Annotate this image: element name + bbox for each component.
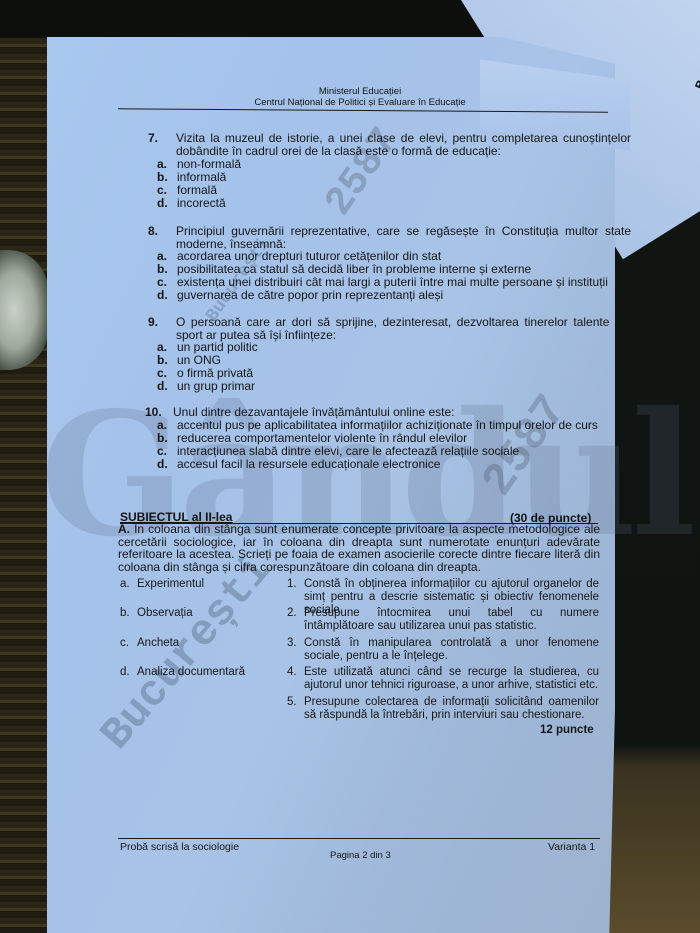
concept-b: b.Observația [120,607,193,619]
header-ministry: Ministerul Educației [120,86,600,97]
footer-divider [118,838,600,839]
question-stem: O persoană care ar dori să sprijine, dez… [176,316,631,342]
question-stem: Vizita la muzeul de istorie, a unei clas… [176,132,631,158]
section-intro: A. În coloana din stânga sunt enumerate … [118,523,600,573]
bench-background [0,38,50,933]
subtotal-points: 12 puncte [540,724,594,736]
option-d: d.accesul facil la resursele educațional… [157,458,440,471]
concept-a: a.Experimentul [120,578,204,590]
footer-variant: Varianta 1 [548,841,595,853]
footer-exam-name: Probă scrisă la sociologie [120,841,239,853]
question-number: 9. [148,316,158,329]
question-number: 8. [148,225,158,238]
concept-c: c.Ancheta [120,637,179,649]
header-center: Centrul Național de Politici și Evaluare… [120,97,600,108]
cloth-background [0,250,48,370]
question-number: 7. [148,132,158,145]
question-stem: Principiul guvernării reprezentative, ca… [176,225,631,251]
second-sheet-section-label: B. [692,75,700,91]
footer-page-number: Pagina 2 din 3 [330,850,391,861]
dark-background [608,180,700,933]
statement-5: 5.Presupune colectarea de informații sol… [287,696,599,722]
concept-d: d.Analiza documentară [120,666,245,678]
option-d: d.guvernarea de către popor prin repreze… [157,289,443,302]
statement-4: 4.Este utilizată atunci când se recurge … [287,666,599,692]
statement-2: 2.Presupune întocmirea unui tabel cu num… [287,607,599,633]
exam-page [47,37,615,933]
option-d: d.un grup primar [157,380,255,393]
statement-3: 3.Constă în manipularea controlată a uno… [287,637,599,663]
option-d: d.incorectă [157,197,226,210]
